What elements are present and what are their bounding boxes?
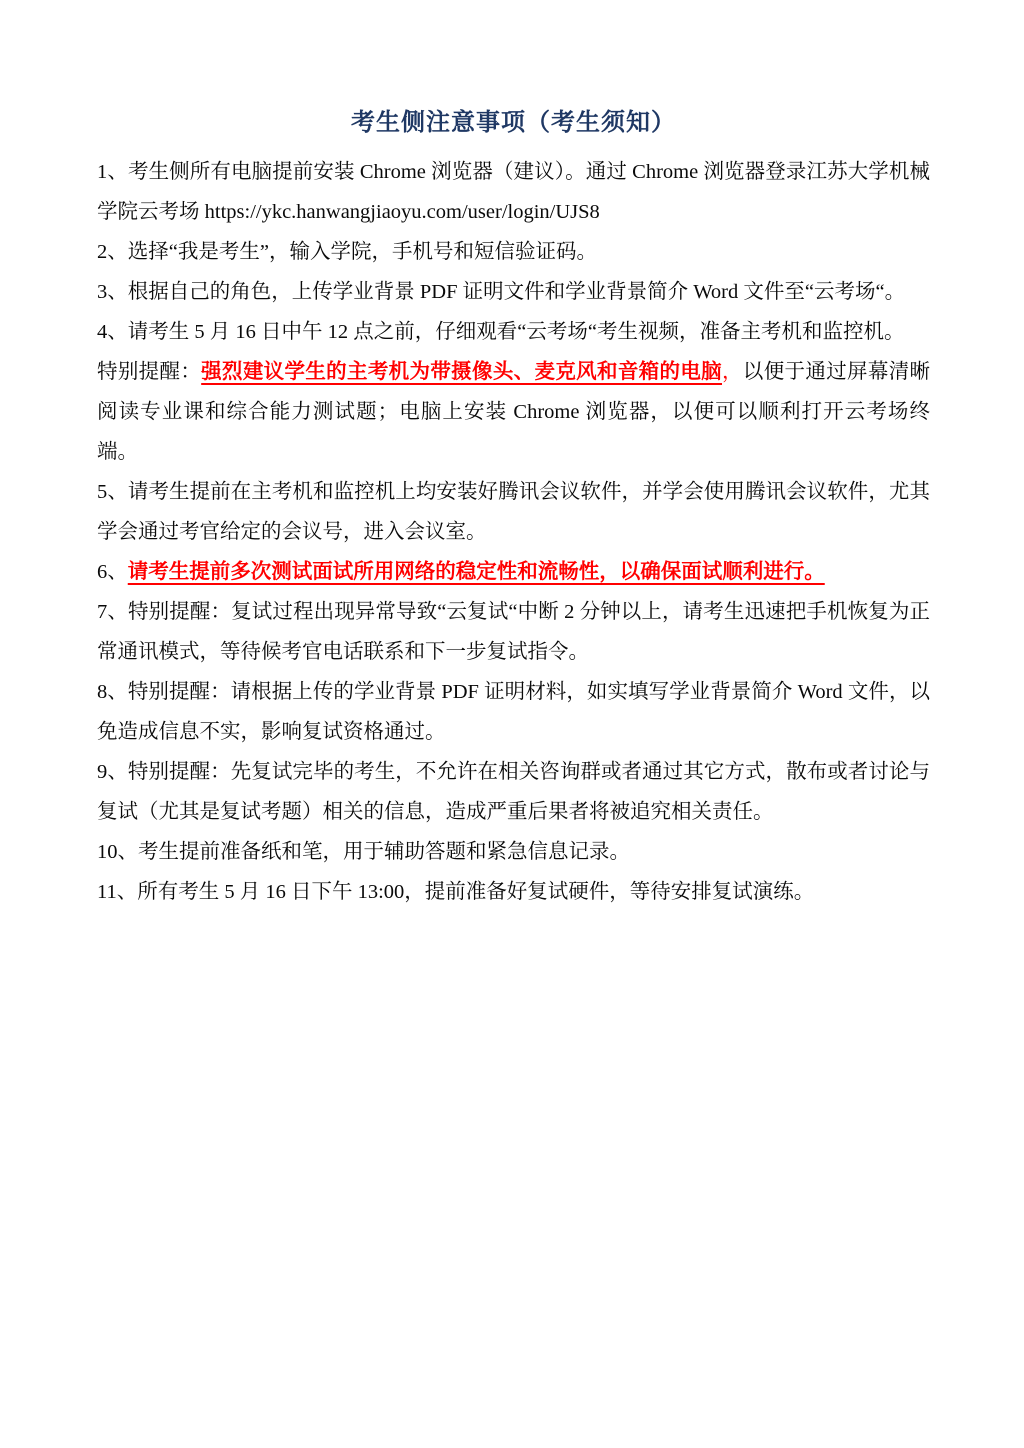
text-segment: 7、特别提醒：复试过程出现异常导致“云复试“中断 2 分钟以上，请考生迅速把手机…	[97, 601, 930, 663]
notice-paragraph: 3、根据自己的角色，上传学业背景 PDF 证明文件和学业背景简介 Word 文件…	[97, 272, 930, 312]
text-segment: 2、选择“我是考生”，输入学院，手机号和短信验证码。	[97, 241, 597, 263]
notice-paragraph: 10、考生提前准备纸和笔，用于辅助答题和紧急信息记录。	[97, 832, 930, 872]
text-segment: 8、特别提醒：请根据上传的学业背景 PDF 证明材料，如实填写学业背景简介 Wo…	[97, 681, 930, 743]
notice-paragraph: 4、请考生 5 月 16 日中午 12 点之前，仔细观看“云考场“考生视频，准备…	[97, 312, 930, 352]
notice-paragraph: 11、所有考生 5 月 16 日下午 13:00，提前准备好复试硬件，等待安排复…	[97, 872, 930, 912]
text-segment: 9、特别提醒：先复试完毕的考生，不允许在相关咨询群或者通过其它方式，散布或者讨论…	[97, 761, 930, 823]
notice-paragraph: 2、选择“我是考生”，输入学院，手机号和短信验证码。	[97, 232, 930, 272]
notice-paragraph: 5、请考生提前在主考机和监控机上均安装好腾讯会议软件，并学会使用腾讯会议软件，尤…	[97, 472, 930, 552]
notice-paragraph: 特别提醒：强烈建议学生的主考机为带摄像头、麦克风和音箱的电脑，以便于通过屏幕清晰…	[97, 352, 930, 472]
notice-paragraph: 1、考生侧所有电脑提前安装 Chrome 浏览器（建议）。通过 Chrome 浏…	[97, 152, 930, 232]
notice-paragraph: 7、特别提醒：复试过程出现异常导致“云复试“中断 2 分钟以上，请考生迅速把手机…	[97, 592, 930, 672]
text-segment: 11、所有考生 5 月 16 日下午 13:00，提前准备好复试硬件，等待安排复…	[97, 881, 814, 903]
text-segment: 5、请考生提前在主考机和监控机上均安装好腾讯会议软件，并学会使用腾讯会议软件，尤…	[97, 481, 930, 543]
text-segment: 特别提醒：	[97, 361, 201, 383]
notice-paragraph: 8、特别提醒：请根据上传的学业背景 PDF 证明材料，如实填写学业背景简介 Wo…	[97, 672, 930, 752]
text-segment: 3、根据自己的角色，上传学业背景 PDF 证明文件和学业背景简介 Word 文件…	[97, 281, 905, 303]
document-page: 考生侧注意事项（考生须知） 1、考生侧所有电脑提前安装 Chrome 浏览器（建…	[0, 0, 1024, 1448]
login-url: https://ykc.hanwangjiaoyu.com/user/login…	[205, 201, 600, 223]
text-segment: 6、	[97, 561, 128, 583]
notice-paragraph: 6、请考生提前多次测试面试所用网络的稳定性和流畅性，以确保面试顺利进行。	[97, 552, 930, 592]
page-title: 考生侧注意事项（考生须知）	[97, 104, 930, 142]
highlight-network-test: 请考生提前多次测试面试所用网络的稳定性和流畅性，以确保面试顺利进行。	[128, 561, 825, 583]
text-segment: 10、考生提前准备纸和笔，用于辅助答题和紧急信息记录。	[97, 841, 630, 863]
notice-paragraph-list: 1、考生侧所有电脑提前安装 Chrome 浏览器（建议）。通过 Chrome 浏…	[97, 152, 930, 912]
text-segment: ，	[722, 361, 743, 383]
text-segment: 4、请考生 5 月 16 日中午 12 点之前，仔细观看“云考场“考生视频，准备…	[97, 321, 904, 343]
highlight-main-computer: 强烈建议学生的主考机为带摄像头、麦克风和音箱的电脑	[201, 361, 722, 383]
notice-paragraph: 9、特别提醒：先复试完毕的考生，不允许在相关咨询群或者通过其它方式，散布或者讨论…	[97, 752, 930, 832]
